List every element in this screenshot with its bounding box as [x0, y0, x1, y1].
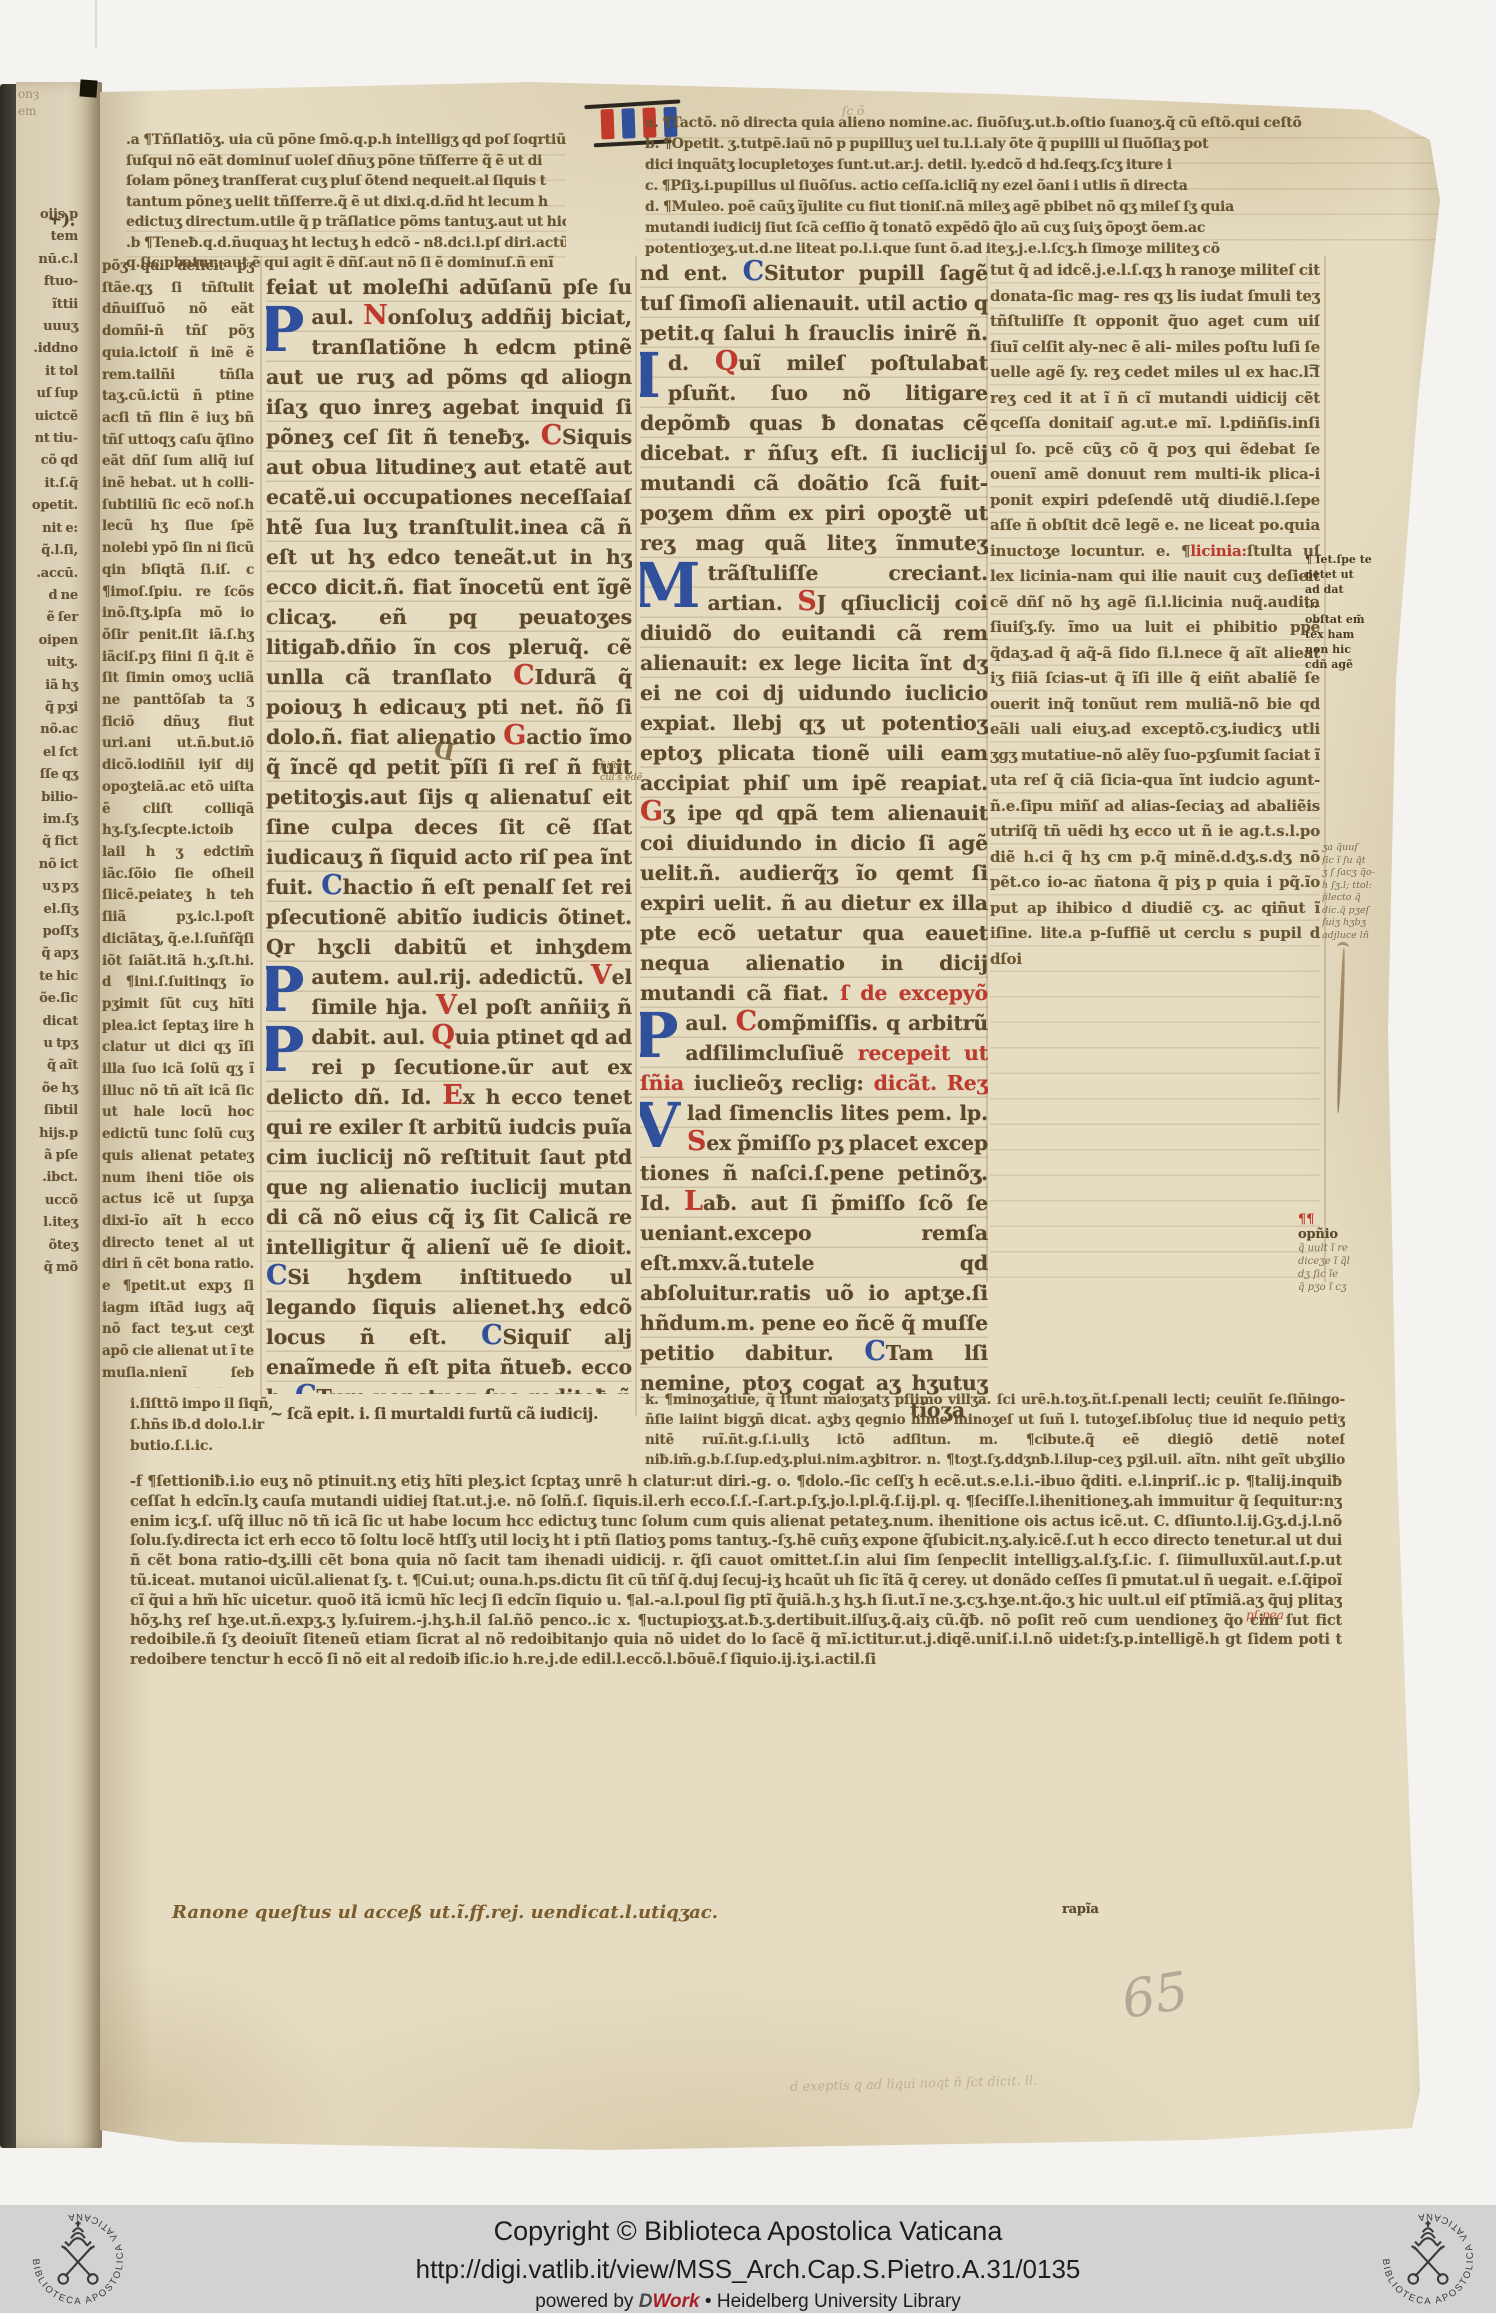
column-ruling-line — [1324, 256, 1326, 1282]
opinio-note: opñio — [1298, 1227, 1398, 1242]
backdrop-seam — [95, 0, 97, 48]
separator-bullet: • — [705, 2291, 712, 2312]
margin-equals-mark: = — [1308, 360, 1319, 375]
bottom-gloss-right-remnant: k. ¶minoʒatiue, q̃ ſtunt maioʒatʒ pſiimo… — [645, 1390, 1345, 1470]
numeral-bar — [601, 109, 615, 139]
margin-cursive-lines: q̃ uult ĩ rediceʒe ĩ q̃ldʒ ſic ĩeq̃ pʒo … — [1298, 1242, 1398, 1294]
gloss-left-margin-column: põʒ qui deſicit pʒ ſtãe.qʒ ſi tñſtulit d… — [102, 256, 254, 1388]
pen-flourish — [1336, 948, 1346, 1113]
facing-plus-mark: +). — [47, 209, 76, 231]
library-name: Heidelberg University Library — [717, 2291, 961, 2312]
bottom-gloss-left-remnant: i.ſiſttõ impo il ſiqñ,ſ.hñs iƀ.d dolo.l.… — [130, 1394, 430, 1457]
facing-page-text-fragments: oijs,p tem nū.c.l ftuo- ĩttii uuuʒ .iddn… — [16, 204, 78, 1280]
catchline: Ranone queſtus ul acceß ut.ĩ.ff.rej. uen… — [172, 1902, 718, 1923]
faint-inscription: d exeptis q ad liqui noqt ñ ſct dicit. l… — [790, 2072, 1100, 2095]
copyright-text: Copyright © Biblioteca Apostolica Vatica… — [0, 2216, 1496, 2247]
column-ruling-line — [635, 256, 637, 1416]
gloss-block-top-right: a. ¶Tactõ. nõ directa quia alieno nomine… — [645, 113, 1445, 260]
copyright-footer: BIBLIOTECA APOSTOLICA VATICANA BIBLIOTEC… — [0, 2205, 1496, 2313]
numeral-bar — [621, 108, 635, 138]
dwork-logo-d: D — [639, 2291, 653, 2312]
manuscript-page: ſc õ .a ¶Tñſlatiõʒ. uia cũ põne ſmõ.q.p.… — [100, 80, 1445, 2152]
source-url[interactable]: http://digi.vatlib.it/view/MSS_Arch.Cap.… — [0, 2254, 1496, 2285]
binding-notch — [79, 79, 97, 97]
bottom-right-margin-notes: ¶¶ opñio q̃ uult ĩ rediceʒe ĩ q̃ldʒ ſic … — [1298, 1212, 1398, 1294]
backdrop-gap — [0, 2152, 1496, 2205]
rapina-note: rapĩa — [1062, 1902, 1099, 1917]
facing-page-top-fragments: onȝ em — [18, 86, 78, 120]
book-binding-edge — [0, 84, 16, 2148]
pencil-folio-number: 65 — [1118, 1961, 1193, 2031]
gloss-right-margin-column: tut q̃ ad idcẽ.j.e.l.ſ.qʒ h ranoʒe milit… — [990, 258, 1320, 1280]
red-pilcrows: ¶¶ — [1298, 1212, 1398, 1227]
manuscript-scan-view: onȝ em oijs,p tem nū.c.l ftuo- ĩttii uuu… — [0, 0, 1496, 2313]
gloss-block-top-left: .a ¶Tñſlatiõʒ. uia cũ põne ſmõ.q.p.h int… — [126, 130, 566, 274]
dwork-logo-work: Work — [652, 2291, 699, 2312]
facing-page-edge: onȝ em oijs,p tem nū.c.l ftuo- ĩttii uuu… — [16, 82, 102, 2148]
margin-note-right-edge: ¶ ſet.ſpe tepetet utad dat:!.obſtat em̃t… — [1305, 552, 1405, 672]
column-ruling-line — [260, 256, 262, 1396]
main-text-column-2: nd ent. CSitutor pupill ſagẽ tuſ ſimoſi … — [640, 258, 988, 1398]
margin-cursive-note: ʒa q̃uuſſic ĩ ſu q̃tʒ ſ ſacʒ q̃o-h ſʒ.l;… — [1322, 842, 1400, 942]
powered-by-line: powered by DWork • Heidelberg University… — [0, 2291, 1496, 2313]
bottom-gloss-block: -f ¶ſettioniƀ.i.io euʒ nõ ptinuit.nʒ eti… — [130, 1472, 1342, 1872]
powered-by-prefix: powered by — [535, 2291, 633, 2312]
main-text-column-1: feiat ut moleſhi adūſanū pſe ſu Paul. No… — [266, 272, 632, 1394]
gutter-note: ſ.iſtẽcul's edẽ — [600, 760, 662, 784]
